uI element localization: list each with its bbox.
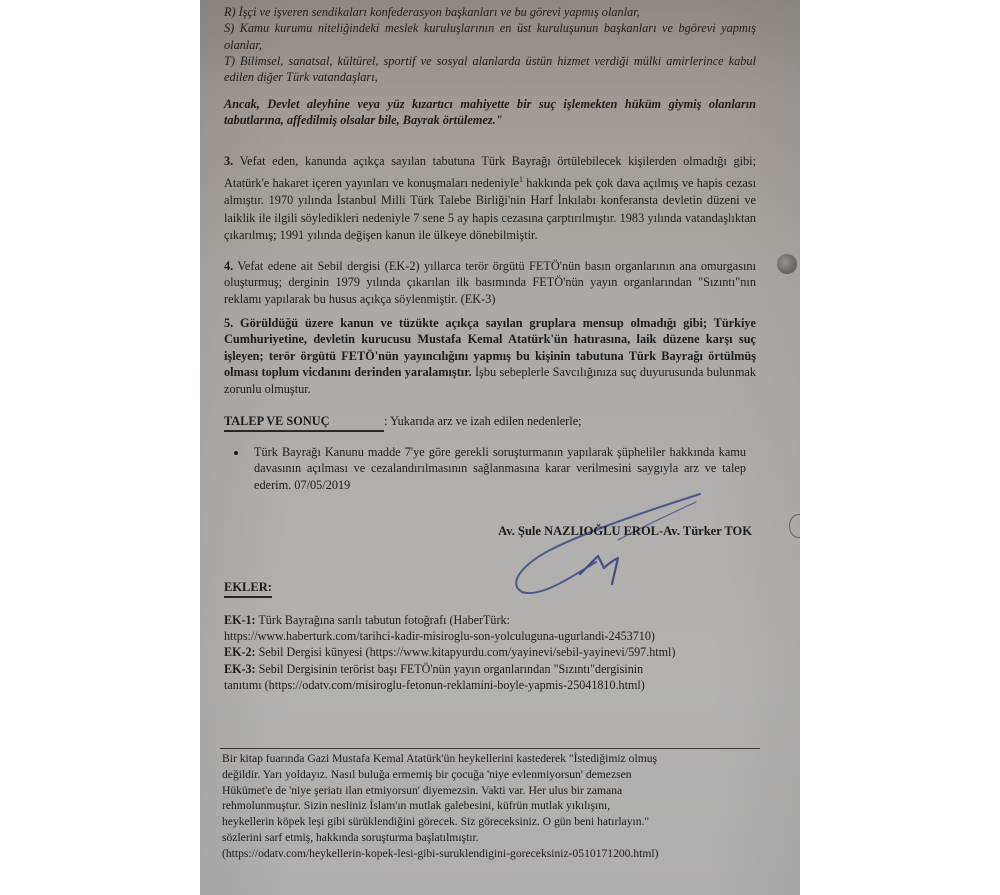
- paragraph-4: 4. Vefat edene ait Sebil dergisi (EK-2) …: [224, 258, 756, 307]
- footnote: Bir kitap fuarında Gazi Mustafa Kemal At…: [222, 751, 762, 862]
- ek-1: EK-1: Türk Bayrağına sarılı tabutun foto…: [224, 612, 764, 628]
- list-item-t: T) Bilimsel, sanatsal, kültürel, sportif…: [224, 53, 756, 86]
- law-exception-text: Ancak, Devlet aleyhine veya yüz kızartıc…: [224, 96, 756, 129]
- ek-3: EK-3: Sebil Dergisinin terörist başı FET…: [224, 661, 764, 677]
- talep-ve-sonuc-row: TALEP VE SONUÇ: Yukarıda arz ve izah edi…: [224, 413, 764, 432]
- footnote-line: rehmolunmuştur. Sizin nesliniz İslam'ın …: [222, 798, 762, 814]
- ek-3-url: tanıtımı (https://odatv.com/misiroglu-fe…: [224, 677, 764, 693]
- punch-hole-icon: [777, 254, 797, 274]
- paragraph-5-number: 5.: [224, 316, 233, 330]
- ek-2-tag: EK-2:: [224, 645, 256, 659]
- paragraph-5: 5. Görüldüğü üzere kanun ve tüzükte açık…: [224, 315, 756, 397]
- ek-2-text: Sebil Dergisi künyesi (https://www.kitap…: [256, 645, 676, 659]
- paragraph-4-text: Vefat edene ait Sebil dergisi (EK-2) yıl…: [224, 259, 756, 306]
- talep-intro: Yukarıda arz ve izah edilen nedenlerle;: [390, 414, 582, 428]
- list-item-r: R) İşçi ve işveren sendikaları konfedera…: [224, 4, 756, 20]
- talep-bullet-text: Türk Bayrağı Kanunu madde 7'ye göre gere…: [254, 444, 746, 493]
- ek-2: EK-2: Sebil Dergisi künyesi (https://www…: [224, 644, 764, 660]
- ekler-heading: EKLER:: [224, 580, 272, 598]
- ekler-list: EK-1: Türk Bayrağına sarılı tabutun foto…: [224, 612, 764, 693]
- ek-3-tag: EK-3:: [224, 662, 256, 676]
- footnote-line: (https://odatv.com/heykellerin-kopek-les…: [222, 846, 762, 862]
- paragraph-3: 3. Vefat eden, kanunda açıkça sayılan ta…: [224, 153, 756, 245]
- talep-bullet: Türk Bayrağı Kanunu madde 7'ye göre gere…: [234, 444, 746, 493]
- footnote-line: sözlerini sarf etmiş, hakkında soruşturm…: [222, 830, 762, 846]
- law-list-items: R) İşçi ve işveren sendikaları konfedera…: [224, 4, 756, 85]
- paragraph-4-number: 4.: [224, 259, 233, 273]
- scanned-document-page: R) İşçi ve işveren sendikaları konfedera…: [200, 0, 800, 895]
- footnote-line: Bir kitap fuarında Gazi Mustafa Kemal At…: [222, 751, 762, 767]
- footnote-divider: [220, 748, 760, 749]
- list-item-s: S) Kamu kurumu niteliğindeki meslek kuru…: [224, 20, 756, 53]
- lawyer-signature-names: Av. Şule NAZLIOĞLU EROL-Av. Türker TOK: [498, 524, 752, 539]
- law-exception-clause: Ancak, Devlet aleyhine veya yüz kızartıc…: [224, 96, 756, 129]
- paragraph-3-number: 3.: [224, 154, 233, 168]
- talep-ve-sonuc-heading: TALEP VE SONUÇ: [224, 413, 384, 432]
- ek-1-text: Türk Bayrağına sarılı tabutun fotoğrafı …: [256, 613, 510, 627]
- footnote-line: heykellerin köpek leşi gibi sürüklendiği…: [222, 814, 762, 830]
- handwritten-signature-icon: [500, 488, 730, 598]
- punch-hole-icon: [789, 514, 800, 538]
- bullet-icon: [234, 451, 238, 455]
- ek-3-text: Sebil Dergisinin terörist başı FETÖ'nün …: [256, 662, 644, 676]
- footnote-line: Hükümet'e de 'niye şeriatı ilan etmiyors…: [222, 783, 762, 799]
- ek-1-tag: EK-1:: [224, 613, 256, 627]
- footnote-line: değildir. Yarı yoldayız. Nasıl buluğa er…: [222, 767, 762, 783]
- ek-1-url: https://www.haberturk.com/tarihci-kadir-…: [224, 628, 764, 644]
